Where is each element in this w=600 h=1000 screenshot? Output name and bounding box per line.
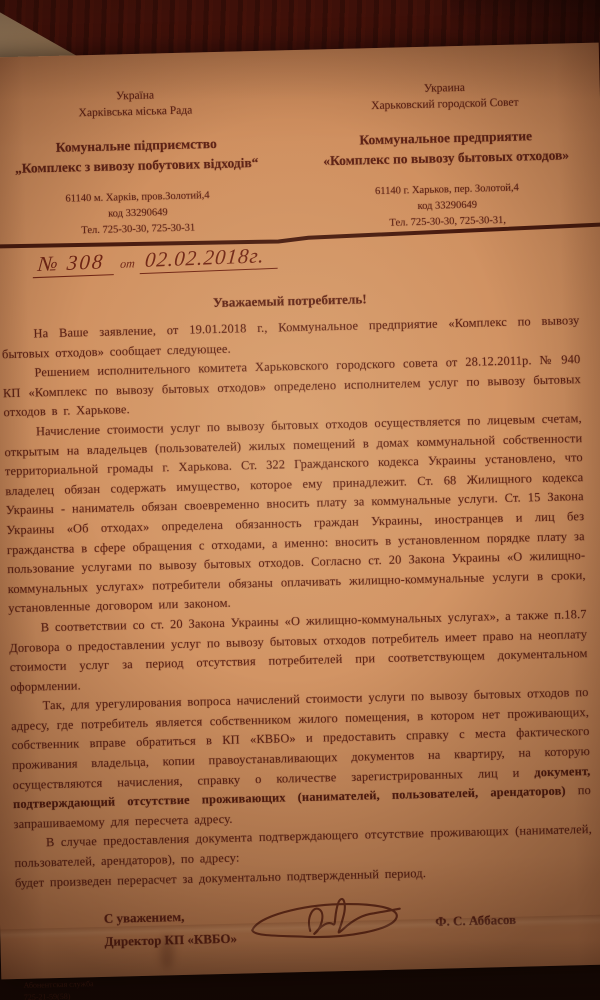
letter-sheet: Україна Харківська міська Рада Комунальн… (0, 43, 600, 980)
paragraph-4: В соответствии со ст. 20 Закона Украины … (9, 605, 589, 697)
handwritten-date: 02.02.2018г. (140, 243, 280, 274)
paragraph-3: Начисление стоимости услуг по вывозу быт… (4, 409, 587, 619)
paragraph-5: Так, для урегулирования вопроса начислен… (10, 683, 591, 834)
salutation: Уважаемый потребитель! (1, 286, 579, 316)
letterhead-ukrainian-column: Україна Харківська міська Рада Комунальн… (0, 85, 276, 241)
handwritten-doc-number: № 308 (33, 249, 116, 278)
footnote-contact: Абонентская служба 725-21-59(58) (23, 966, 595, 1000)
letter-body: Уважаемый потребитель! На Ваше заявление… (1, 286, 596, 1000)
letterhead: Україна Харківська міська Рада Комунальн… (0, 77, 585, 241)
director-signature (243, 882, 425, 958)
paragraph-5-text: Так, для урегулирования вопроса начислен… (11, 685, 590, 791)
letterhead-russian-column: Украина Харьковский городской Совет Комм… (307, 77, 585, 233)
photo-smudge (160, 935, 174, 969)
regards-line: С уважением, (104, 905, 237, 931)
handwritten-ot: от (120, 256, 136, 271)
director-name: Ф. С. Аббасов (435, 912, 516, 930)
signature-block: С уважением, Директор КП «КВБО» Ф. С. Аб… (16, 894, 595, 964)
photo-of-letter: Україна Харківська міська Рада Комунальн… (0, 0, 600, 1000)
